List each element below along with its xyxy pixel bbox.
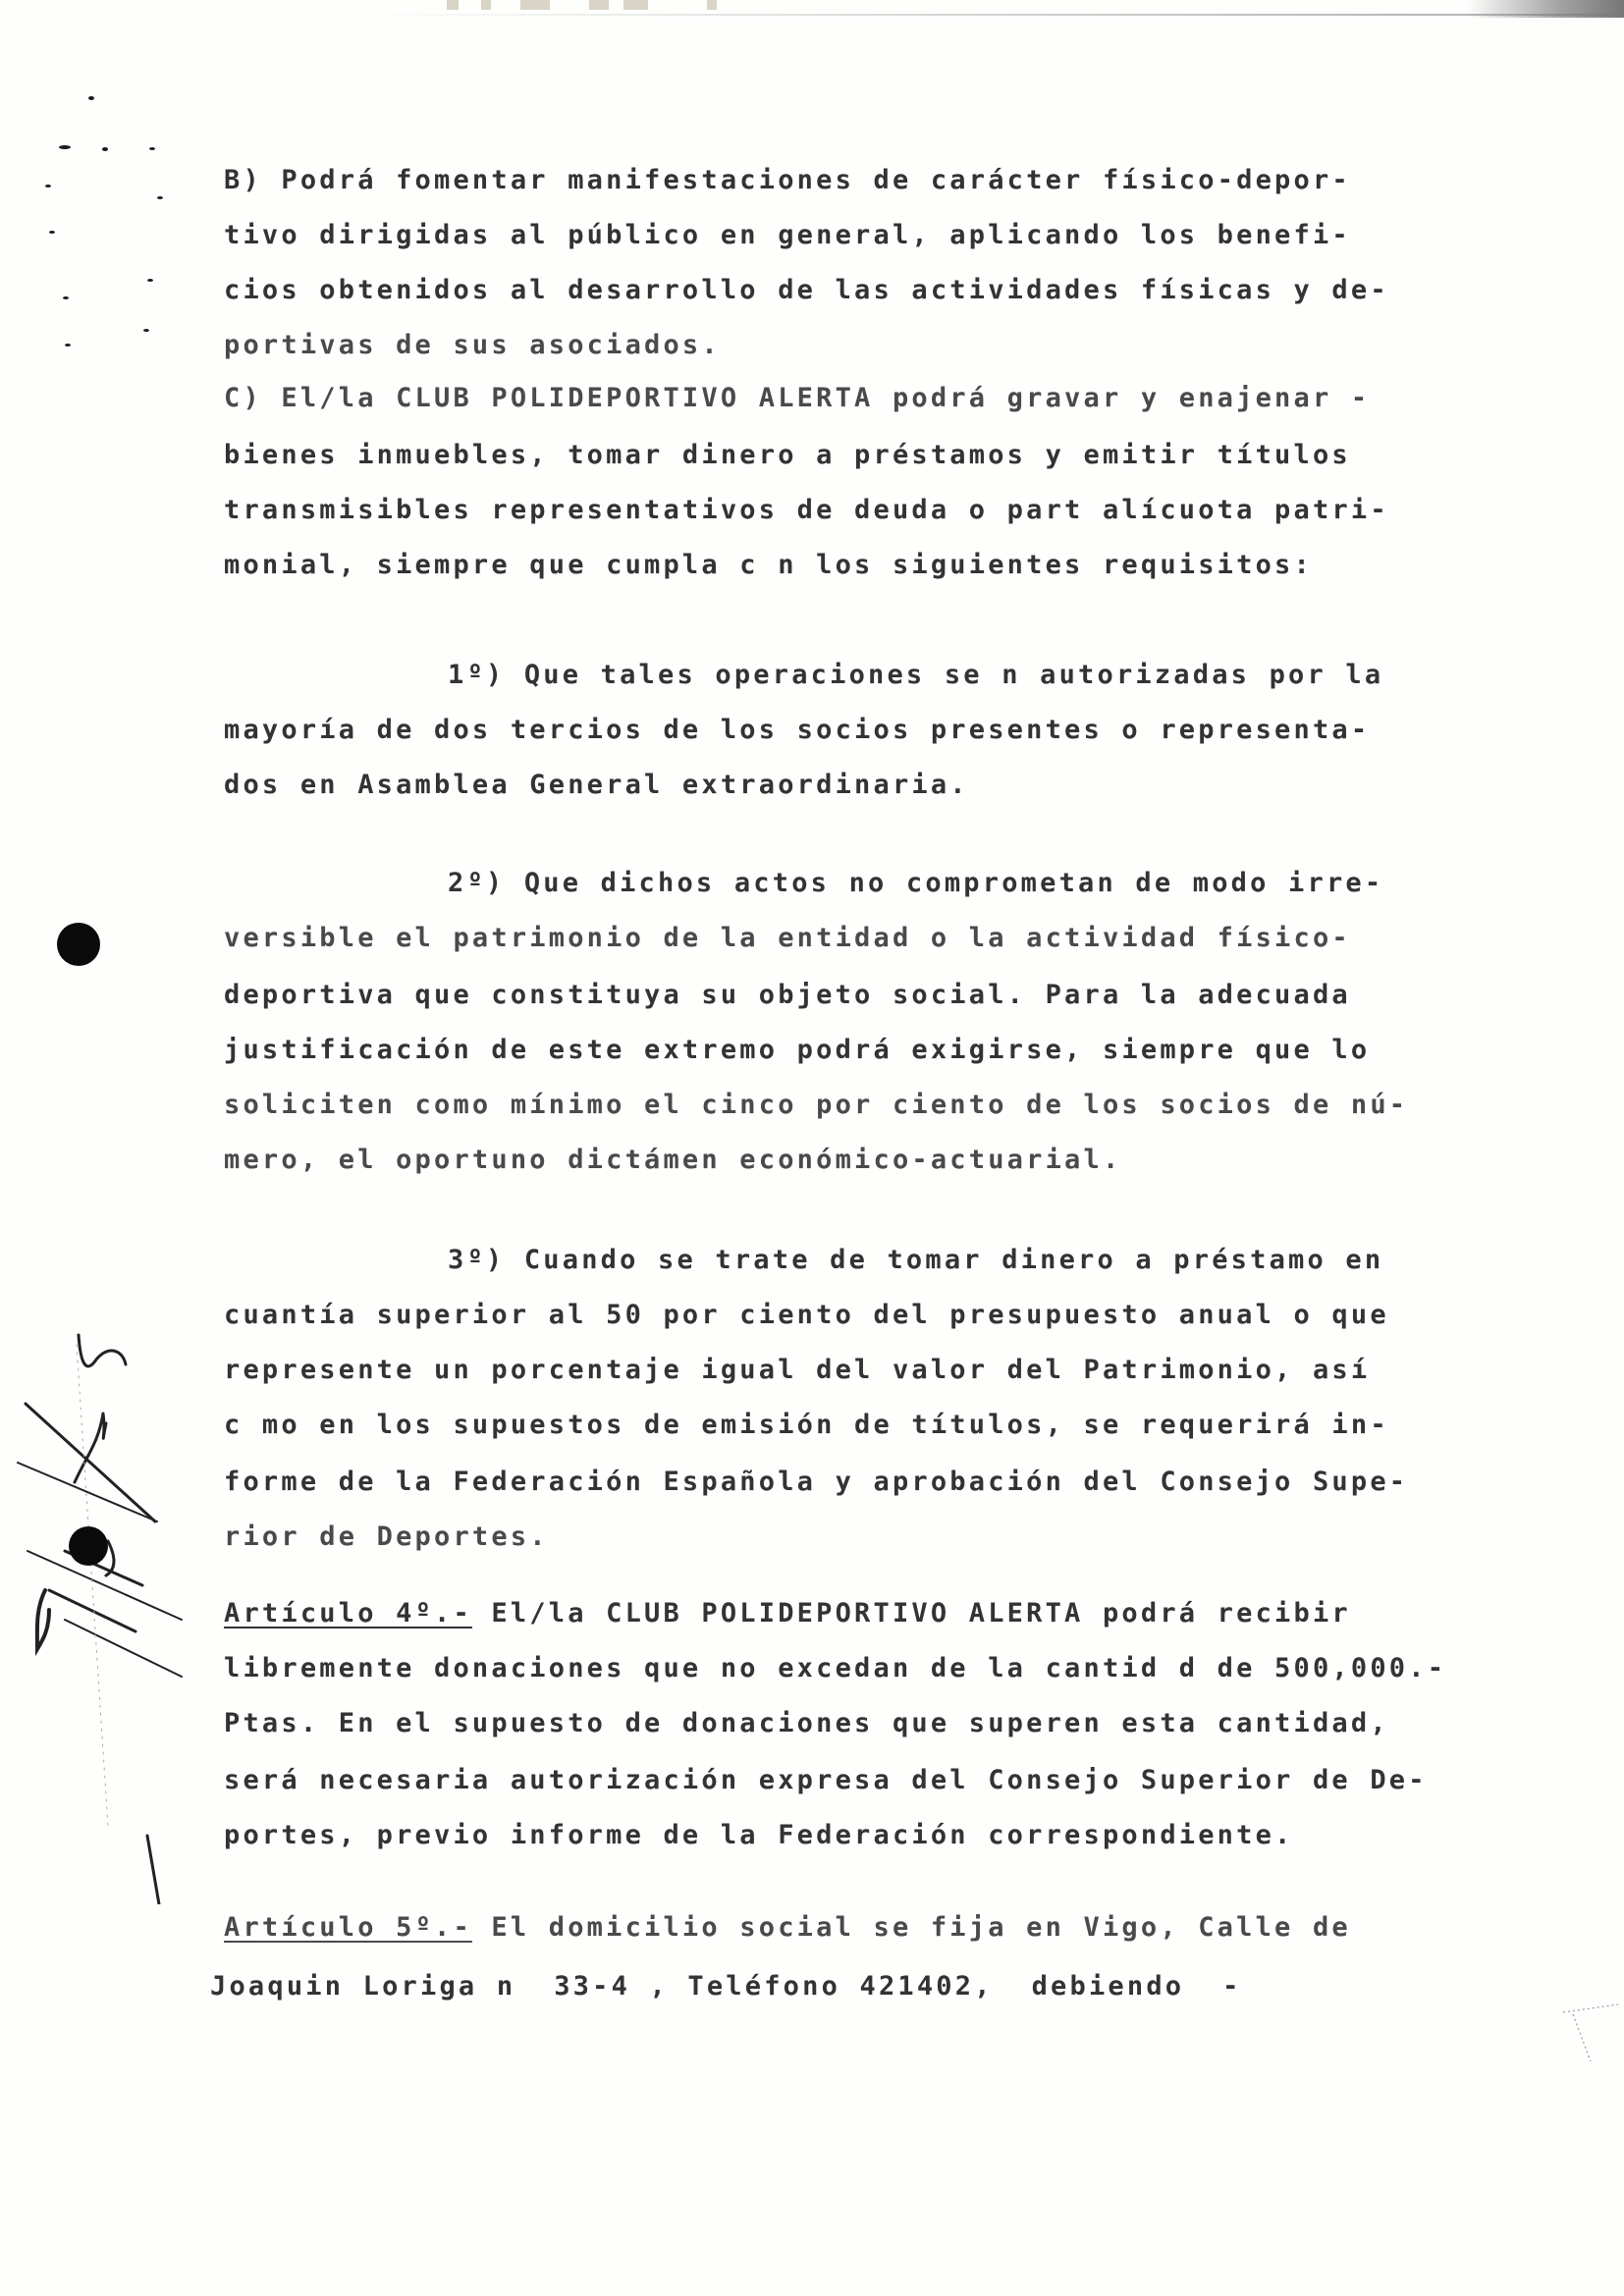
- paragraph-b-line: B) Podrá fomentar manifestaciones de car…: [224, 165, 1351, 195]
- requirement-2-line: soliciten como mínimo el cinco por cient…: [224, 1090, 1408, 1120]
- margin-speck: [88, 96, 94, 100]
- margin-speck: [65, 344, 71, 347]
- requirement-3-line: forme de la Federación Española y aproba…: [224, 1467, 1408, 1497]
- paragraph-b-line: tivo dirigidas al público en general, ap…: [224, 220, 1351, 250]
- scan-corner-mark: [1561, 1983, 1620, 2061]
- scan-smudge: [707, 0, 717, 10]
- requirement-3-line: cuantía superior al 50 por ciento del pr…: [224, 1300, 1389, 1330]
- article-5-first-line: Artículo 5º.- El domicilio social se fij…: [224, 1912, 1351, 1943]
- article-4-heading: Artículo 4º.-: [224, 1598, 472, 1629]
- margin-speck: [143, 329, 149, 332]
- article-4-line: Ptas. En el supuesto de donaciones que s…: [224, 1708, 1389, 1738]
- scan-smudge: [481, 0, 491, 10]
- requirement-1-line: mayoría de dos tercios de los socios pre…: [224, 715, 1370, 745]
- requirement-1-line: dos en Asamblea General extraordinaria.: [224, 770, 969, 800]
- requirement-3-line: c mo en los supuestos de emisión de títu…: [224, 1410, 1389, 1440]
- article-5-heading: Artículo 5º.-: [224, 1912, 472, 1943]
- paragraph-c-line: transmisibles representativos de deuda o…: [224, 495, 1389, 525]
- requirement-3-line: represente un porcentaje igual del valor…: [224, 1355, 1370, 1385]
- scan-edge-line: [353, 14, 1624, 16]
- paragraph-b-line: cios obtenidos al desarrollo de las acti…: [224, 275, 1389, 305]
- margin-speck: [157, 196, 163, 199]
- margin-speck: [147, 279, 153, 282]
- requirement-2-line: deportiva que constituya su objeto socia…: [224, 980, 1351, 1010]
- margin-speck: [149, 147, 155, 150]
- scan-smudge: [623, 0, 648, 10]
- paragraph-c-line: C) El/la CLUB POLIDEPORTIVO ALERTA podrá…: [224, 383, 1370, 413]
- margin-speck: [102, 147, 108, 151]
- requirement-1-line: 1º) Que tales operaciones se n autorizad…: [224, 660, 1383, 690]
- scan-smudge: [520, 0, 550, 10]
- requirement-3-line: rior de Deportes.: [224, 1522, 549, 1552]
- requirement-3-line: 3º) Cuando se trate de tomar dinero a pr…: [224, 1245, 1383, 1275]
- requirement-2-line: 2º) Que dichos actos no comprometan de m…: [224, 868, 1383, 898]
- article-4-line: será necesaria autorización expresa del …: [224, 1765, 1428, 1795]
- handwritten-signature: [10, 1306, 187, 1904]
- article-5-text: El domicilio social se fija en Vigo, Cal…: [472, 1912, 1351, 1943]
- requirement-2-line: mero, el oportuno dictámen económico-act…: [224, 1145, 1121, 1175]
- margin-speck: [45, 185, 51, 187]
- article-4-text: El/la CLUB POLIDEPORTIVO ALERTA podrá re…: [472, 1598, 1351, 1629]
- margin-speck: [59, 145, 71, 149]
- article-4-line: portes, previo informe de la Federación …: [224, 1820, 1294, 1850]
- paragraph-b-line: portivas de sus asociados.: [224, 330, 721, 360]
- scan-smudge: [589, 0, 609, 10]
- margin-speck: [49, 231, 55, 234]
- article-5-line: Joaquin Loriga n 33-4 , Teléfono 421402,…: [210, 1971, 1242, 2002]
- article-4-first-line: Artículo 4º.- El/la CLUB POLIDEPORTIVO A…: [224, 1598, 1351, 1629]
- paragraph-c-line: monial, siempre que cumpla c n los sigui…: [224, 550, 1313, 580]
- paragraph-c-line: bienes inmuebles, tomar dinero a préstam…: [224, 440, 1351, 470]
- scan-smudge: [447, 0, 459, 10]
- margin-speck: [63, 296, 69, 299]
- scan-top-edge: [0, 0, 1624, 14]
- requirement-2-line: versible el patrimonio de la entidad o l…: [224, 923, 1351, 953]
- article-4-line: libremente donaciones que no excedan de …: [224, 1653, 1446, 1683]
- requirement-2-line: justificación de este extremo podrá exig…: [224, 1035, 1370, 1065]
- binder-hole: [57, 923, 100, 966]
